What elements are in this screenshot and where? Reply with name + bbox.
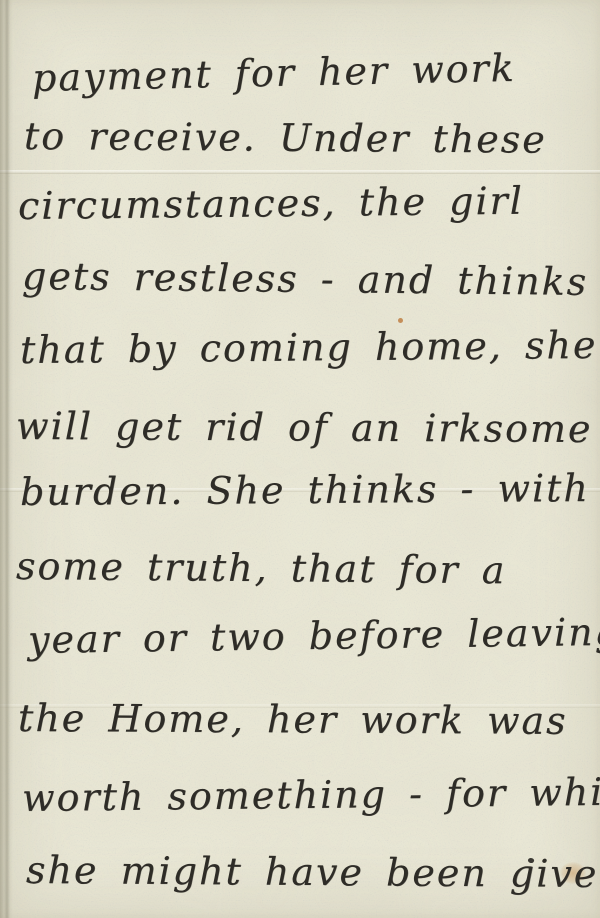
handwritten-line: that by coming home, she: [20, 323, 598, 372]
handwritten-line: gets restless - and thinks: [22, 254, 589, 304]
handwritten-line: burden. She thinks - with: [20, 466, 590, 514]
handwritten-line: will get rid of an irksome: [16, 404, 593, 451]
handwritten-line: payment for her work: [32, 46, 517, 100]
handwritten-line: circumstances, the girl: [18, 179, 524, 228]
handwritten-line: some truth, that for a: [16, 544, 507, 592]
handwritten-line: year or two before leaving: [28, 610, 600, 662]
handwritten-line: worth something - for which: [22, 769, 600, 820]
handwriting-block: payment for her work to receive. Under t…: [0, 0, 600, 918]
handwritten-line: to receive. Under these: [24, 114, 547, 162]
handwritten-line: she might have been given: [26, 848, 600, 896]
handwritten-line: the Home, her work was: [18, 696, 568, 743]
letter-page: payment for her work to receive. Under t…: [0, 0, 600, 918]
